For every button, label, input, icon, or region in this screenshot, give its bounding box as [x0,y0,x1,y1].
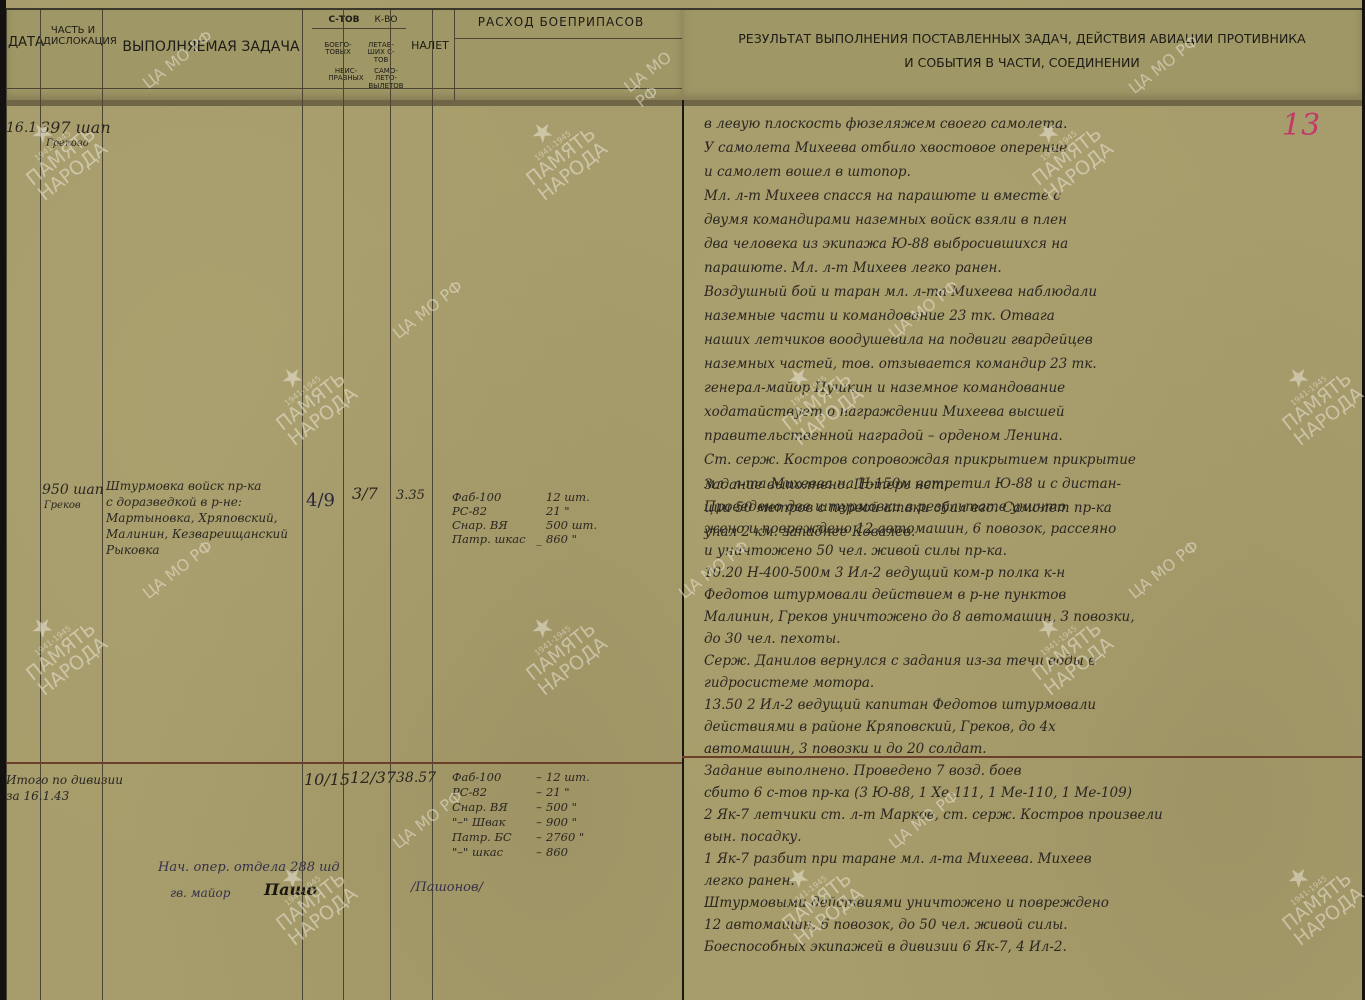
header-raid: Налет [410,40,450,52]
header-count-sorties: само-лето-вылетов [368,68,404,90]
entry-sorties: 3/7 [352,484,378,503]
right-page: Результат выполнения поставленных задач,… [682,0,1362,1000]
header-date: Дата [8,36,40,50]
totals-aircraft: 10/15 [304,770,350,789]
watermark-pamyat-naroda: ★1941-1945ПАМЯТЬНАРОДА [1258,343,1365,450]
signature-name: /Пашонов/ [411,880,483,895]
signature-rank: гв. майор [170,886,230,900]
entry-unit: 950 шап [42,482,104,498]
totals-ammo: Фаб-100–12 шт. РС-82–21 " Снар. ВЯ–500 "… [452,770,590,860]
entry-aircraft: 4/9 [306,490,335,511]
watermark-pamyat-naroda: ★1941-1945ПАМЯТЬНАРОДА [252,343,361,450]
entry-unit: 397 шап [40,118,111,137]
header-aircraft-faulty: неис-правных [328,68,364,83]
header-gutter [6,100,682,106]
header-count-flown: летав-ших с-тов [364,42,398,64]
right-table-header: Результат выполнения поставленных задач,… [682,8,1362,105]
header-unit: Часть и дислокация [43,26,103,47]
results-block-3: Задание выполнено. Проведено 7 возд. бое… [704,760,1163,958]
watermark-tsamo: ЦА МО РФ [1125,536,1202,602]
header-gutter [682,100,1362,106]
header-results-line1: Результат выполнения поставленных задач,… [692,32,1352,45]
page-number-stamp: 13 [1282,108,1320,143]
entry-raid: 3.35 [396,488,425,503]
header-task: Выполняемая задача [116,40,306,55]
left-table-header: Дата Часть и дислокация Выполняемая зада… [6,8,682,105]
totals-label: Итого по дивизии за 16.1.43 [6,772,123,804]
entry-date: 16.1 [6,120,37,136]
results-block-2: Задание выполнено. Потерь нет. Проведено… [704,474,1135,760]
watermark-pamyat-naroda: ★1941-1945ПАМЯТЬНАРОДА [2,98,111,205]
watermark-pamyat-naroda: ★1941-1945ПАМЯТЬНАРОДА [2,593,111,700]
left-page: Дата Часть и дислокация Выполняемая зада… [6,0,682,1000]
watermark-pamyat-naroda: ★1941-1945ПАМЯТЬНАРОДА [502,593,611,700]
watermark-tsamo: ЦА МО РФ [389,276,466,342]
signature-mark: Пашо [264,880,317,899]
entry-task: Штурмовка войск пр-ка с доразведкой в р-… [106,478,288,558]
header-aircraft-ready: боего-товых [322,42,354,57]
entry-location: Греков [44,500,81,511]
header-count-top: К-во [366,16,406,25]
watermark-pamyat-naroda: ★1941-1945ПАМЯТЬНАРОДА [502,98,611,205]
entry-location: Греково [46,138,89,149]
totals-raid: 38.57 [396,770,436,786]
totals-separator [682,756,1362,758]
watermark-pamyat-naroda: ★1941-1945ПАМЯТЬНАРОДА [1258,843,1365,950]
signature-title: Нач. опер. отдела 288 шд [158,860,340,875]
header-aircraft-top: С-тов [324,16,364,25]
entry-ammo: Фаб-10012 шт. РС-8221 " Снар. ВЯ500 шт. … [452,490,597,546]
header-ammo: Расход боеприпасов [456,16,666,29]
header-results-line2: и события в части, соединении [692,56,1352,69]
totals-separator [6,762,682,764]
totals-sorties: 12/37 [350,768,396,787]
